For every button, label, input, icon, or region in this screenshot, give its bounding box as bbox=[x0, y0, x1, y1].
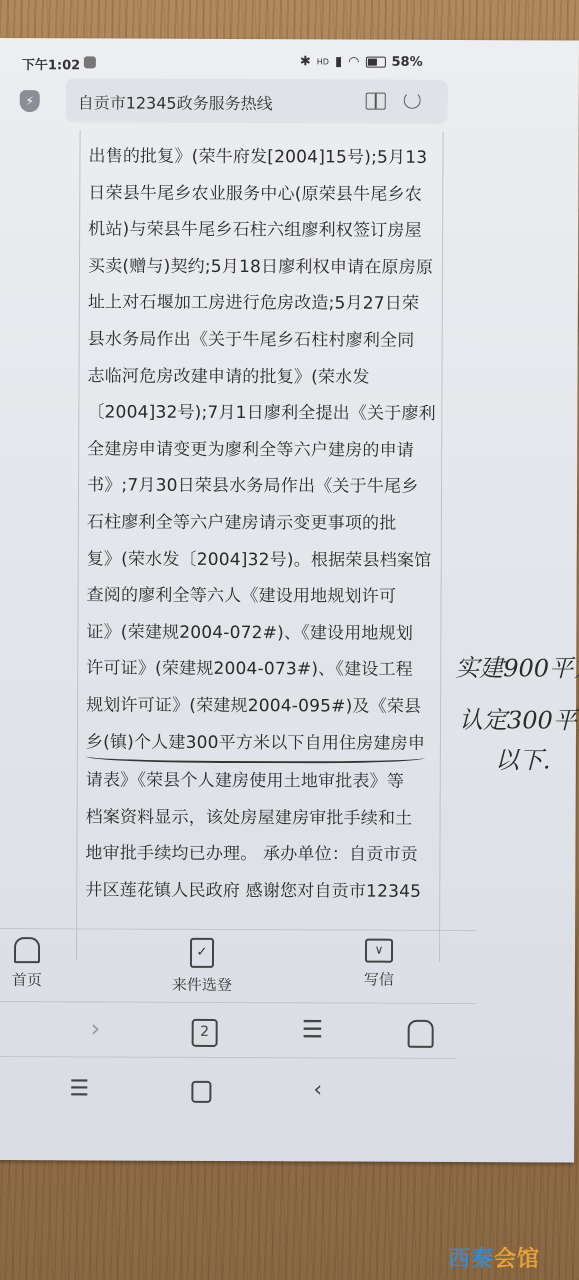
text-line: 复》(荣水发〔2004]32号)。根据荣县档案馆 bbox=[87, 541, 437, 579]
text-line: 查阅的廖利全等六人《建设用地规划许可 bbox=[86, 578, 436, 616]
signal-icon: ▮ bbox=[335, 54, 342, 69]
text-line: 档案资料显示，该处房屋建房审批手续和土 bbox=[86, 799, 436, 837]
nav-item-write-letter[interactable]: ∨ 写信 bbox=[364, 939, 394, 990]
status-bar: 下午1:02 ✱ HD ▮ ◠ 58% bbox=[0, 50, 579, 77]
handwritten-note-line3: 以下. bbox=[495, 740, 551, 775]
text-line: 全建房申请变更为廖利全等六户建房的申请 bbox=[87, 431, 437, 469]
printed-screenshot-paper: 下午1:02 ✱ HD ▮ ◠ 58% ⚡ 自贡市12345政务服务热线 出售的… bbox=[0, 38, 579, 1163]
nav-item-featured-letters[interactable]: ✓ 来件选登 bbox=[172, 938, 232, 995]
text-line: 出售的批复》(荣牛府发[2004]15号);5月13 bbox=[88, 138, 438, 176]
back-button[interactable]: ‹ bbox=[313, 1077, 322, 1102]
bluetooth-icon: ✱ bbox=[300, 54, 311, 69]
nav-label: 首页 bbox=[12, 971, 42, 989]
recents-button[interactable]: ☰ bbox=[69, 1076, 89, 1101]
tabs-button[interactable]: 2 bbox=[192, 1019, 218, 1047]
home-icon bbox=[14, 937, 40, 963]
battery-icon bbox=[365, 57, 385, 68]
battery-percent: 58% bbox=[391, 55, 422, 70]
status-icons: ✱ HD ▮ ◠ 58% bbox=[300, 54, 423, 70]
underlined-text-line: 乡(镇)个人建300平方米以下自用住房建房申 bbox=[86, 724, 425, 764]
bottom-nav: 首页 ✓ 来件选登 ∨ 写信 bbox=[0, 928, 476, 1004]
nav-label: 来件选登 bbox=[172, 976, 232, 994]
shield-icon[interactable]: ⚡ bbox=[20, 90, 40, 112]
refresh-icon[interactable] bbox=[404, 92, 421, 109]
home-icon[interactable] bbox=[408, 1020, 434, 1048]
mail-icon: ∨ bbox=[365, 939, 393, 963]
system-home-button[interactable] bbox=[191, 1081, 211, 1103]
clipboard-check-icon: ✓ bbox=[190, 938, 214, 968]
url-bar: ⚡ 自贡市12345政务服务热线 bbox=[14, 78, 564, 124]
wifi-icon: ◠ bbox=[348, 55, 359, 70]
watermark-part1: 西秦 bbox=[448, 1247, 494, 1272]
text-line: 址上对石堰加工房进行危房改造;5月27日荣 bbox=[88, 285, 438, 323]
forward-button[interactable]: › bbox=[91, 1014, 101, 1042]
message-icon bbox=[84, 56, 96, 68]
page-title: 自贡市12345政务服务热线 bbox=[78, 90, 273, 114]
text-line: 机站)与荣县牛尾乡石柱六组廖利权签订房屋 bbox=[88, 212, 438, 250]
text-line: 规划许可证》(荣建规2004-095#)及《荣县 bbox=[86, 687, 436, 725]
text-line: 书》;7月30日荣县水务局作出《关于牛尾乡 bbox=[87, 468, 437, 506]
text-line: 〔2004]32号);7月1日廖利全提出《关于廖利 bbox=[87, 395, 437, 433]
text-line: 买卖(赠与)契约;5月18日廖利权申请在原房原 bbox=[88, 248, 438, 286]
text-line: 县水务局作出《关于牛尾乡石柱村廖利全同 bbox=[88, 321, 438, 359]
text-line: 日荣县牛尾乡农业服务中心(原荣县牛尾乡农 bbox=[88, 175, 438, 213]
text-line: 许可证》(荣建规2004-073#)、《建设工程 bbox=[86, 651, 436, 689]
watermark-part2: 会馆 bbox=[494, 1247, 540, 1272]
reply-text: 出售的批复》(荣牛府发[2004]15号);5月13 日荣县牛尾乡农业服务中心(… bbox=[85, 138, 438, 910]
handwritten-note-line2: 认定300平方米 bbox=[459, 700, 579, 736]
nav-item-home[interactable]: 首页 bbox=[12, 937, 42, 990]
nav-label: 写信 bbox=[364, 971, 394, 989]
book-icon[interactable] bbox=[366, 93, 386, 110]
url-field[interactable]: 自贡市12345政务服务热线 bbox=[66, 78, 448, 124]
menu-button[interactable]: ☰ bbox=[302, 1015, 324, 1043]
watermark-logo: 西秦会馆 bbox=[448, 1242, 540, 1273]
handwritten-note-line1: 实建900平方米 bbox=[455, 648, 579, 684]
text-line: 证》(荣建规2004-072#)、《建设用地规划 bbox=[86, 614, 436, 652]
text-line: 请表》《荣县个人建房使用土地审批表》等 bbox=[86, 762, 436, 800]
reply-content-area: 出售的批复》(荣牛府发[2004]15号);5月13 日荣县牛尾乡农业服务中心(… bbox=[76, 130, 444, 962]
text-line: 井区莲花镇人民政府 感谢您对自贡市12345 bbox=[85, 872, 435, 910]
text-line: 石柱廖利全等六户建房请示变更事项的批 bbox=[87, 504, 437, 542]
text-line: 志临河危房改建申请的批复》(荣水发 bbox=[87, 358, 437, 396]
system-nav-bar: ☰ ‹ bbox=[0, 1072, 455, 1114]
status-time: 下午1:02 bbox=[22, 54, 80, 73]
text-line: 地审批手续均已办理。 承办单位：自贡市贡 bbox=[85, 836, 435, 874]
hd-signal-icon: HD bbox=[317, 57, 329, 66]
browser-toolbar: › 2 ☰ bbox=[0, 1006, 456, 1059]
